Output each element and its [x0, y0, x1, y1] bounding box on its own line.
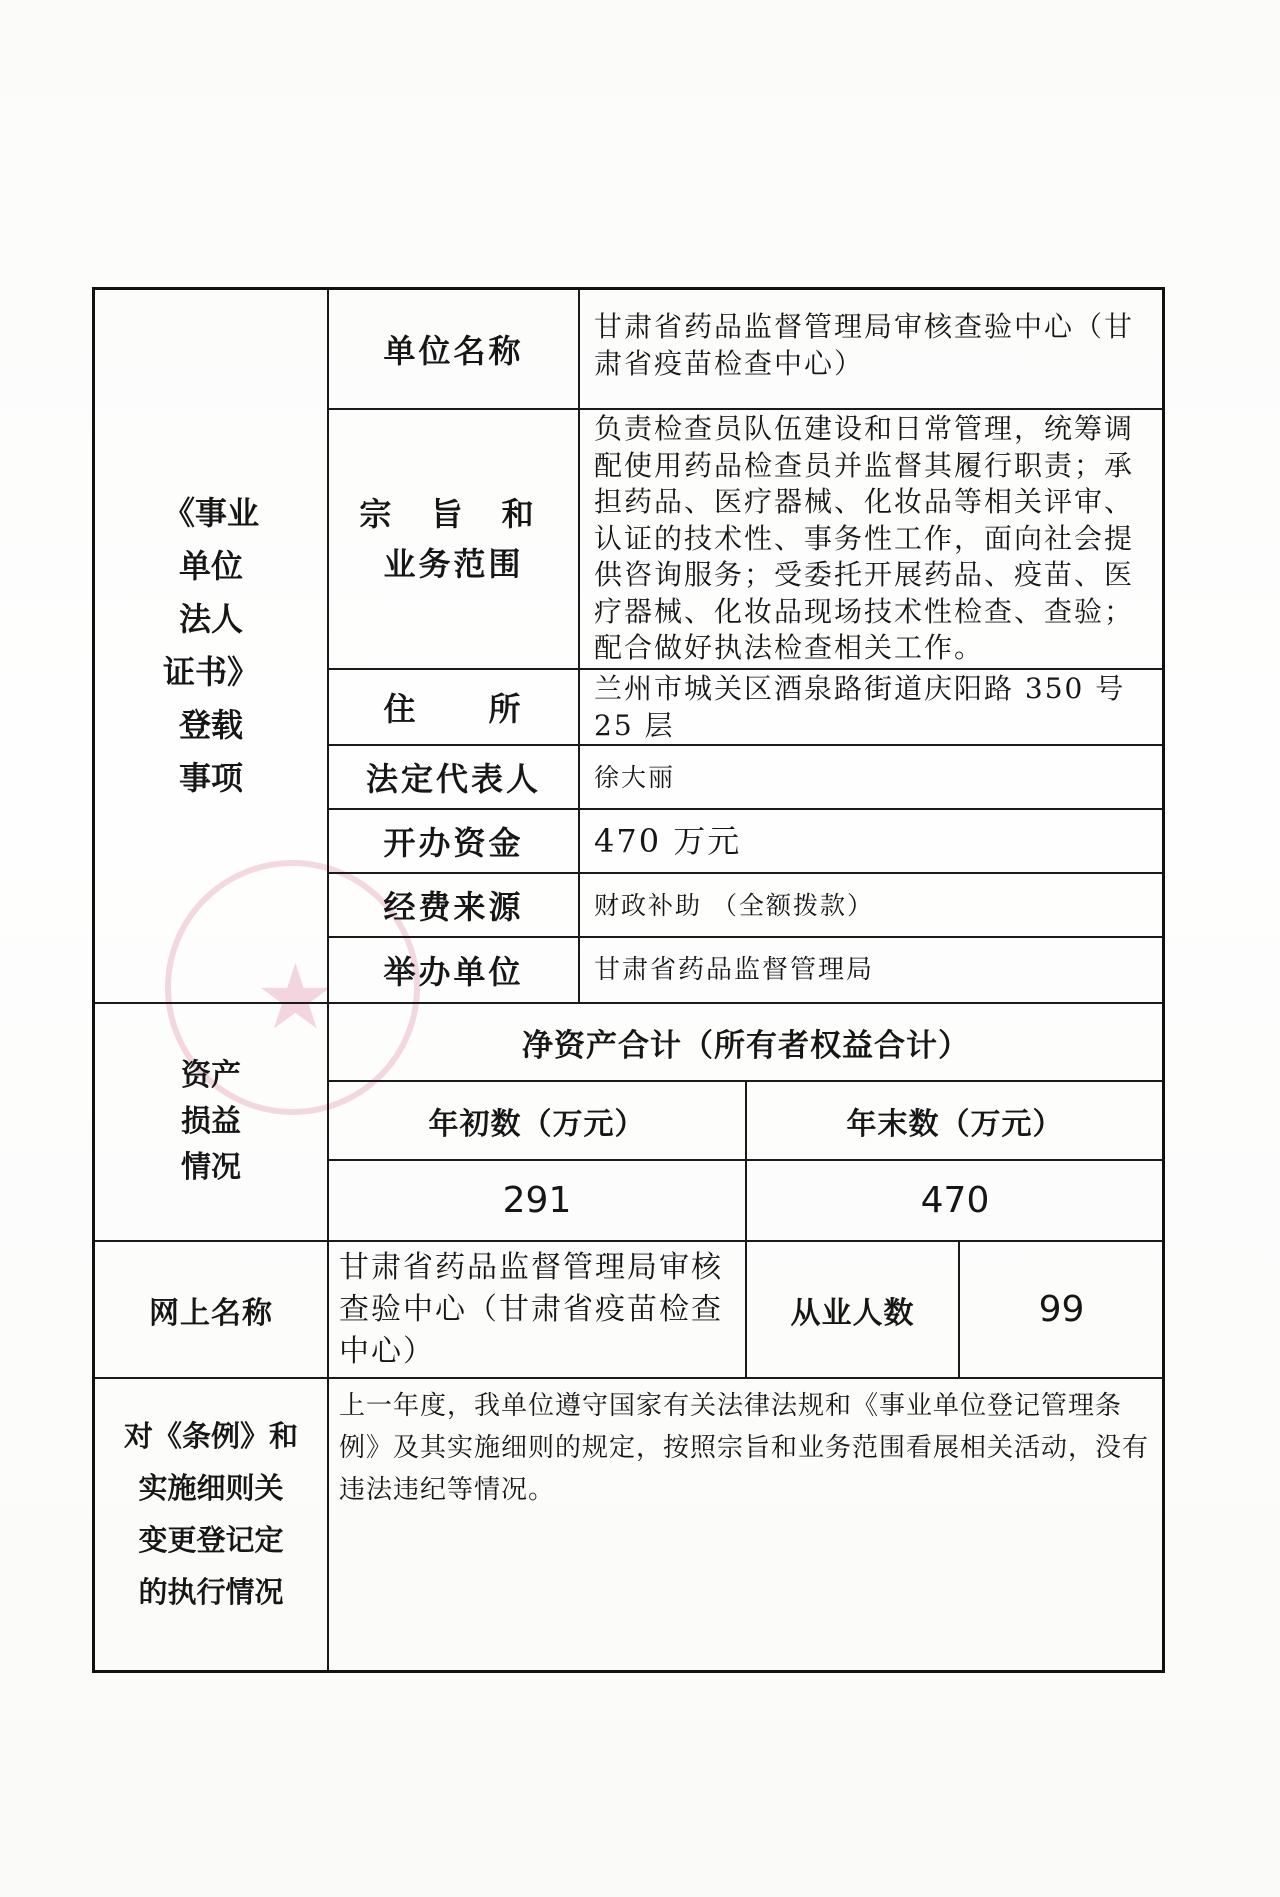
- group-label-line: 资产: [181, 1053, 241, 1099]
- field-label-staff-count: 从业人数: [747, 1242, 958, 1377]
- field-value-funding-source: 财政补助 （全额拨款）: [580, 874, 1162, 936]
- col-header-end-of-year: 年末数（万元）: [747, 1082, 1163, 1159]
- label-line: 对《条例》和: [124, 1410, 298, 1462]
- field-label-startup-capital: 开办资金: [329, 810, 578, 872]
- field-label-legal-representative: 法定代表人: [329, 746, 578, 808]
- label-line: 的执行情况: [138, 1566, 283, 1618]
- label-line: 业务范围: [383, 539, 523, 589]
- group-label-line: 情况: [181, 1145, 241, 1191]
- field-value-sponsor-unit: 甘肃省药品监督管理局: [580, 938, 1162, 1002]
- field-value-purpose-scope: 负责检查员队伍建设和日常管理，统筹调配使用药品检查员并监督其履行职责；承担药品、…: [580, 410, 1162, 668]
- field-label-purpose-scope: 宗 旨 和 业务范围: [329, 410, 578, 668]
- label-line: 变更登记定: [138, 1514, 283, 1566]
- field-value-unit-name: 甘肃省药品监督管理局审核查验中心（甘肃省疫苗检查中心）: [580, 290, 1162, 400]
- field-value-online-name: 甘肃省药品监督管理局审核查验中心（甘肃省疫苗检查中心）: [329, 1242, 745, 1377]
- group-label-line: 单位: [179, 540, 243, 593]
- field-value-staff-count: 99: [960, 1242, 1163, 1377]
- group-label-line: 事项: [179, 752, 243, 805]
- col-header-begin-of-year: 年初数（万元）: [329, 1082, 745, 1159]
- registration-report-table: 《事业 单位 法人 证书》 登载 事项 单位名称 甘肃省药品监督管理局审核查验中…: [92, 287, 1165, 1673]
- field-label-online-name: 网上名称: [95, 1242, 327, 1377]
- label-line: 实施细则关: [138, 1462, 283, 1514]
- group-label-line: 损益: [181, 1099, 241, 1145]
- net-assets-header: 净资产合计（所有者权益合计）: [329, 1004, 1163, 1080]
- group-label-line: 登载: [179, 699, 243, 752]
- group-label-line: 证书》: [163, 646, 259, 699]
- field-label-sponsor-unit: 举办单位: [329, 938, 578, 1002]
- field-value-address: 兰州市城关区酒泉路街道庆阳路 350 号 25 层: [580, 670, 1162, 744]
- field-label-address: 住 所: [329, 670, 578, 744]
- field-value-startup-capital: 470 万元: [580, 810, 1162, 872]
- value-end-of-year: 470: [747, 1161, 1163, 1240]
- field-label-compliance: 对《条例》和 实施细则关 变更登记定 的执行情况: [95, 1379, 327, 1649]
- certificate-items-group-label: 《事业 单位 法人 证书》 登载 事项: [95, 290, 327, 1002]
- field-label-funding-source: 经费来源: [329, 874, 578, 936]
- value-begin-of-year: 291: [329, 1161, 745, 1240]
- field-label-unit-name: 单位名称: [329, 290, 578, 408]
- assets-group-label: 资产 损益 情况: [95, 1004, 327, 1240]
- field-value-legal-representative: 徐大丽: [580, 746, 1162, 808]
- group-label-line: 《事业: [163, 487, 259, 540]
- label-line: 宗 旨 和: [359, 489, 547, 539]
- field-value-compliance: 上一年度，我单位遵守国家有关法律法规和《事业单位登记管理条例》及其实施细则的规定…: [329, 1379, 1163, 1519]
- group-label-line: 法人: [179, 593, 243, 646]
